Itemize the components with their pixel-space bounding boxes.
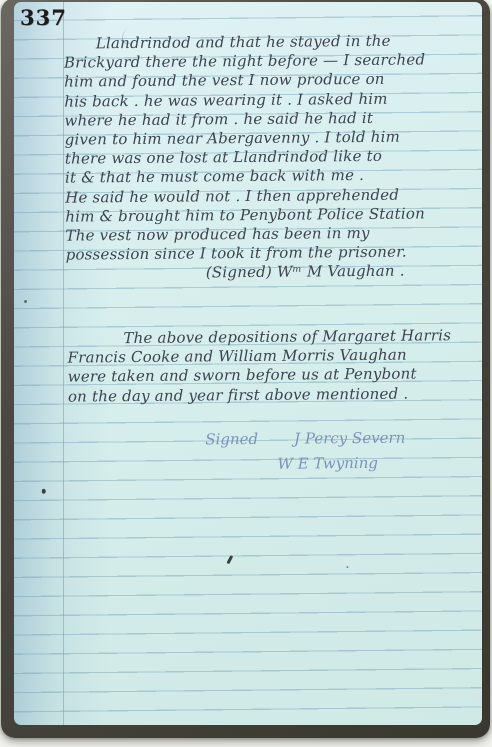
justice-signature: J Percy Severn [294,426,405,452]
ruled-paper: 337 Llandrindod and that he stayed in th… [14,2,482,725]
ink-speck [226,555,233,564]
deponent-signature-line: (Signed) Wᵐ M Vaughan . [66,261,482,284]
justice-signature: W E Twyning [205,451,405,478]
book-page-edge: 337 Llandrindod and that he stayed in th… [1,0,490,738]
attestation-line: on the day and year first above mentione… [68,383,482,406]
manuscript-text: Llandrindod and that he stayed in the Br… [14,2,482,725]
deposition-paragraph: Llandrindod and that he stayed in the Br… [64,31,482,284]
ink-speck [24,300,27,303]
ink-speck [42,489,46,494]
attestation-paragraph: The above depositions of Margaret Harris… [67,326,482,406]
scanned-deposition-page: { "page": { "number": "337", "paper_colo… [0,0,492,747]
signed-label: Signed [205,427,258,452]
attestation-line: The above depositions of Margaret Harris [67,326,482,349]
justices-signature-block: Signed J Percy Severn W E Twyning [205,426,405,478]
ink-speck [346,566,348,568]
deposition-line: him & brought him to Penybont Police Sta… [65,204,482,227]
